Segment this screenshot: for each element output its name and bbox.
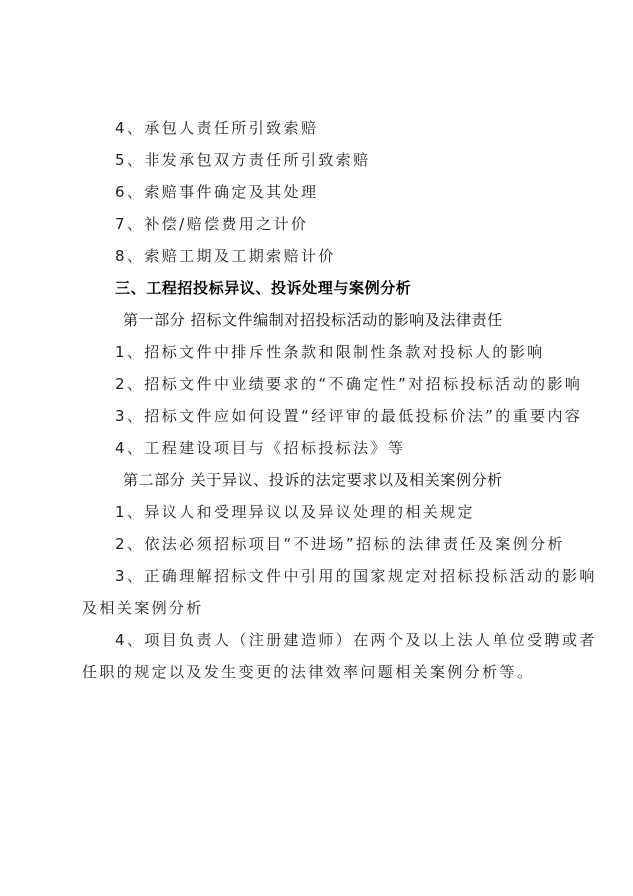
part-one-item-1: 1、招标文件中排斥性条款和限制性条款对投标人的影响: [115, 342, 545, 362]
claims-item-8: 8、索赔工期及工期索赔计价: [115, 246, 336, 266]
claims-item-7: 7、补偿/赔偿费用之计价: [115, 214, 308, 234]
document-page: 4、承包人责任所引致索赔 5、非发承包双方责任所引致索赔 6、索赔事件确定及其处…: [0, 0, 633, 896]
section-three-heading: 三、工程招投标异议、投诉处理与案例分析: [115, 278, 411, 298]
part-one-item-2: 2、招标文件中业绩要求的“不确定性”对招标投标活动的影响: [115, 374, 582, 394]
part-two-item-4: 4、项目负责人（注册建造师）在两个及以上法人单位受聘或者: [115, 630, 597, 650]
part-two-item-1: 1、异议人和受理异议以及异议处理的相关规定: [115, 502, 475, 522]
claims-item-5: 5、非发承包双方责任所引致索赔: [115, 150, 371, 170]
part-one-title: 第一部分 招标文件编制对招投标活动的影响及法律责任: [123, 310, 503, 330]
part-two-item-3: 3、正确理解招标文件中引用的国家规定对招标投标活动的影响: [115, 566, 597, 586]
claims-item-6: 6、索赔事件确定及其处理: [115, 182, 318, 202]
part-two-item-3-continued: 及相关案例分析: [82, 598, 204, 618]
claims-item-4: 4、承包人责任所引致索赔: [115, 118, 318, 138]
part-two-item-2: 2、依法必须招标项目“不进场”招标的法律责任及案例分析: [115, 534, 565, 554]
part-one-item-4: 4、工程建设项目与《招标投标法》等: [115, 438, 405, 458]
part-one-item-3: 3、招标文件应如何设置“经评审的最低投标价法”的重要内容: [115, 406, 582, 426]
part-two-title: 第二部分 关于异议、投诉的法定要求以及相关案例分析: [123, 470, 503, 490]
part-two-item-4-continued: 任职的规定以及发生变更的法律效率问题相关案例分析等。: [82, 662, 534, 682]
